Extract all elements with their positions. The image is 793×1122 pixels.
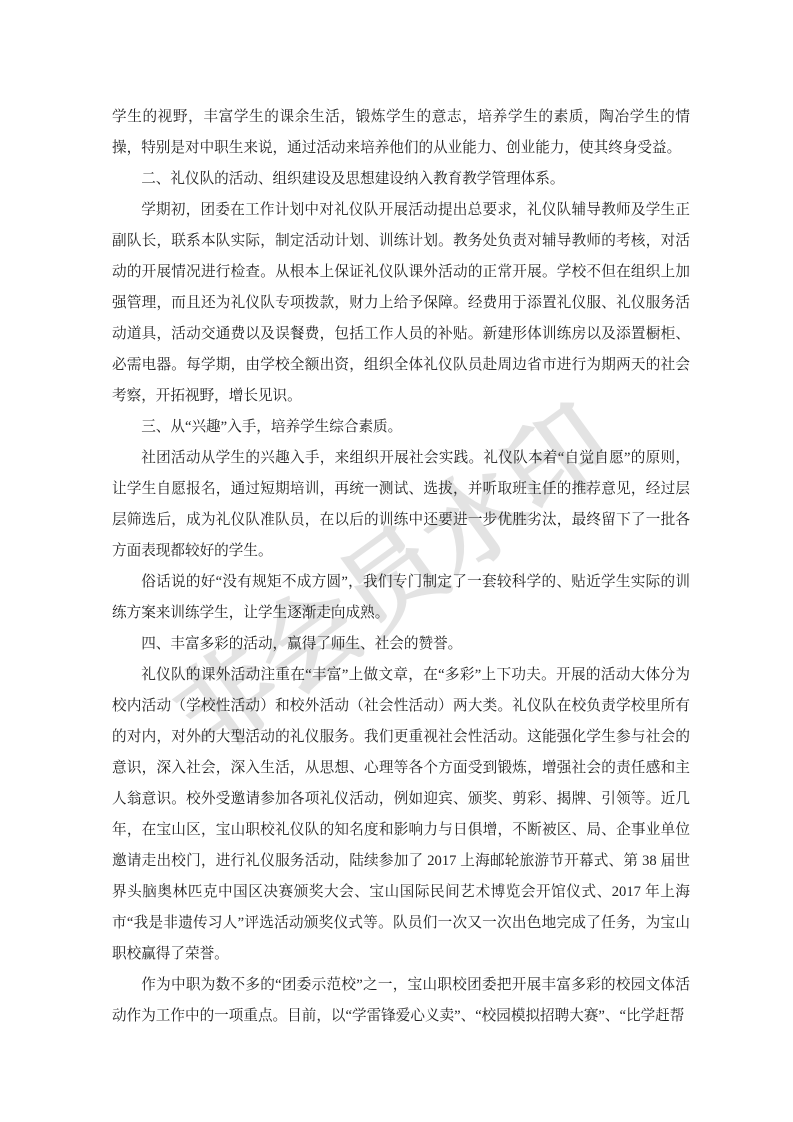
body-paragraph: 社团活动从学生的兴趣入手，来组织开展社会实践。礼仪队本着“自觉自愿”的原则，让学… <box>112 443 690 567</box>
section-heading-4: 四、丰富多彩的活动，赢得了师生、社会的赞誉。 <box>112 629 690 660</box>
body-paragraph-truncated: 作为中职为数不多的“团委示范校”之一，宝山职校团委把开展丰富多彩的校园文体活动作… <box>112 970 690 1032</box>
body-paragraph: 礼仪队的课外活动注重在“丰富”上做文章，在“多彩”上下功夫。开展的活动大体分为校… <box>112 660 690 970</box>
paragraph-continuation: 学生的视野，丰富学生的课余生活，锻炼学生的意志，培养学生的素质，陶冶学生的情操，… <box>112 102 690 164</box>
body-paragraph: 学期初，团委在工作计划中对礼仪队开展活动提出总要求，礼仪队辅导教师及学生正副队长… <box>112 195 690 412</box>
section-heading-2: 二、礼仪队的活动、组织建设及思想建设纳入教育教学管理体系。 <box>112 164 690 195</box>
document-page: 非会员水印 学生的视野，丰富学生的课余生活，锻炼学生的意志，培养学生的素质，陶冶… <box>0 0 793 1122</box>
section-heading-3: 三、从“兴趣”入手，培养学生综合素质。 <box>112 412 690 443</box>
document-content: 学生的视野，丰富学生的课余生活，锻炼学生的意志，培养学生的素质，陶冶学生的情操，… <box>112 102 690 1032</box>
body-paragraph: 俗话说的好“没有规矩不成方圆”，我们专门制定了一套较科学的、贴近学生实际的训练方… <box>112 567 690 629</box>
